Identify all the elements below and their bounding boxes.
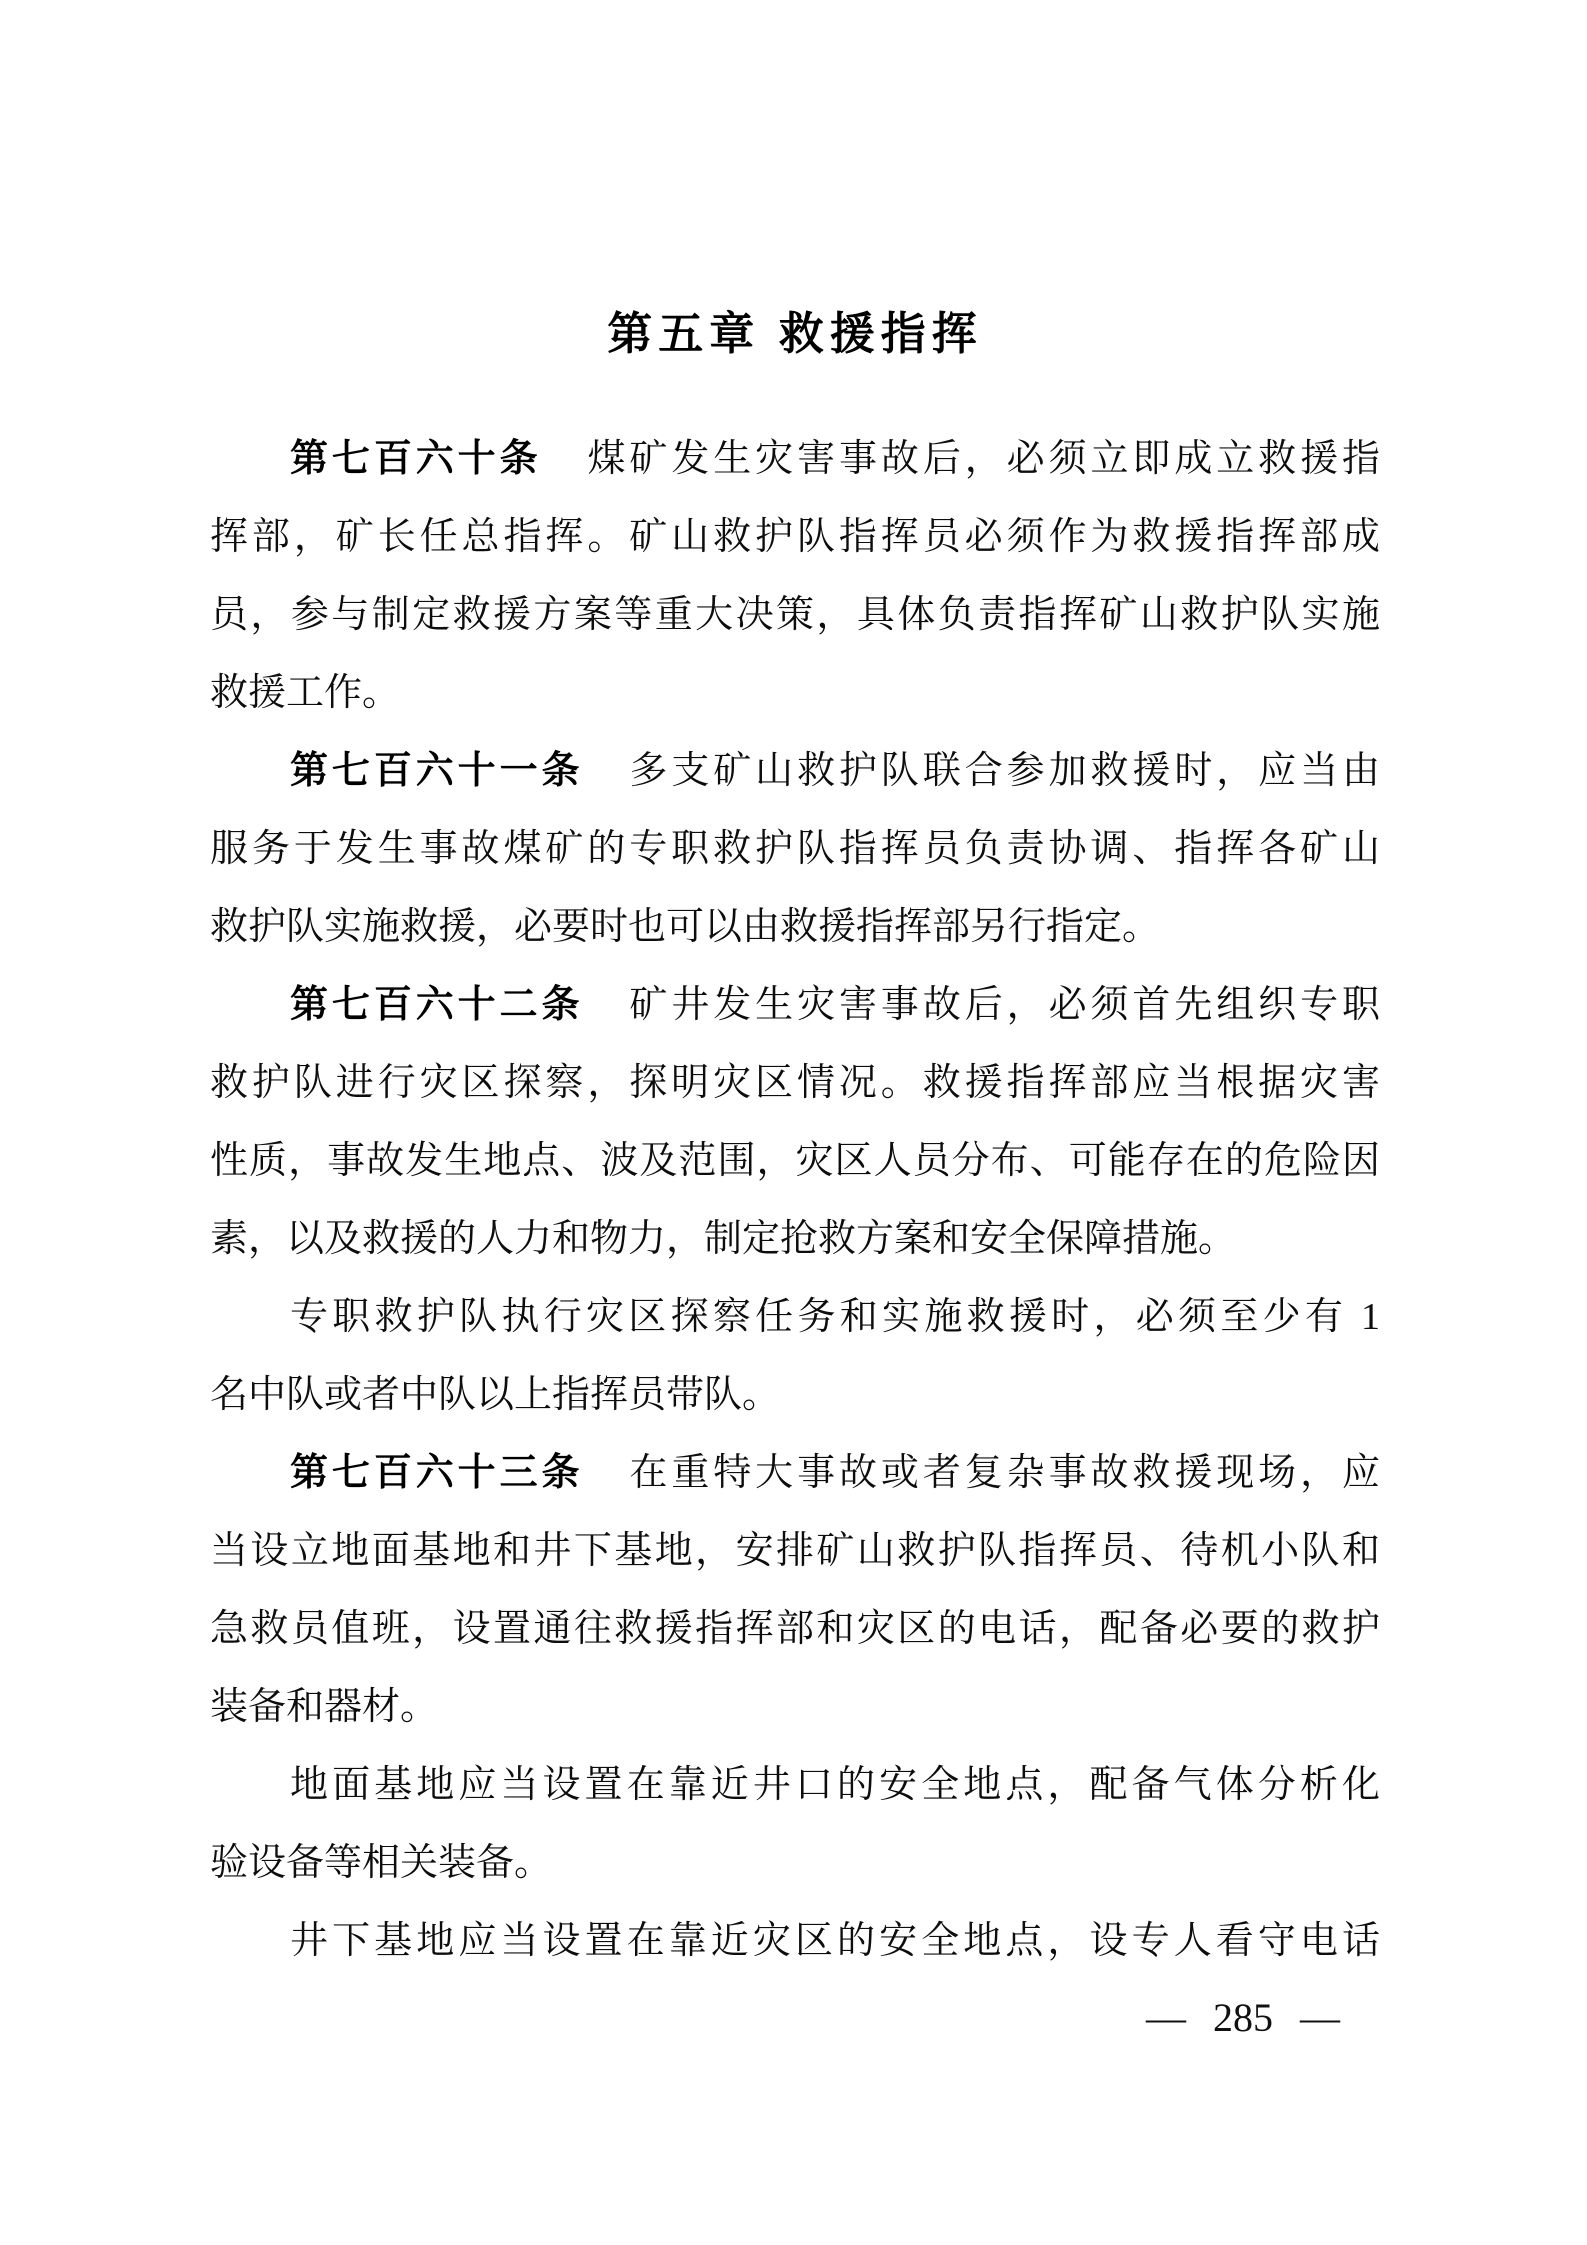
body-line: 第七百六十一条多支矿山救护队联合参加救援时，应当由 [210,732,1380,810]
body-line-text: 救护队实施救援，必要时也可以由救援指挥部另行指定。 [210,906,1160,948]
body-line: 验设备等相关装备。 [210,1824,1380,1902]
body-line: 性质，事故发生地点、波及范围，灾区人员分布、可能存在的危险因 [210,1122,1380,1200]
document-page: 第五章 救援指挥 第七百六十条煤矿发生灾害事故后，必须立即成立救援指挥部，矿长任… [0,0,1587,2245]
body-line: 急救员值班，设置通往救援指挥部和灾区的电话，配备必要的救护 [210,1590,1380,1668]
body-line-text: 地面基地应当设置在靠近井口的安全地点，配备气体分析化 [290,1764,1380,1806]
body-text: 第七百六十条煤矿发生灾害事故后，必须立即成立救援指挥部，矿长任总指挥。矿山救护队… [210,420,1380,1980]
body-line: 挥部，矿长任总指挥。矿山救护队指挥员必须作为救援指挥部成 [210,498,1380,576]
body-line: 井下基地应当设置在靠近灾区的安全地点，设专人看守电话 [210,1902,1380,1980]
body-line-text: 专职救护队执行灾区探察任务和实施救援时，必须至少有 1 [290,1296,1380,1338]
body-line-text: 井下基地应当设置在靠近灾区的安全地点，设专人看守电话 [290,1920,1380,1962]
body-line-text: 急救员值班，设置通往救援指挥部和灾区的电话，配备必要的救护 [210,1608,1380,1650]
body-line-text: 员，参与制定救援方案等重大决策，具体负责指挥矿山救护队实施 [210,594,1380,636]
body-line-text: 多支矿山救护队联合参加救援时，应当由 [629,750,1380,792]
body-line: 装备和器材。 [210,1668,1380,1746]
body-line: 员，参与制定救援方案等重大决策，具体负责指挥矿山救护队实施 [210,576,1380,654]
article-number: 第七百六十一条 [290,750,583,792]
article-number: 第七百六十三条 [290,1452,583,1494]
body-line: 救援工作。 [210,654,1380,732]
page-footer: — 285 — [1146,1996,1340,2040]
body-line-text: 挥部，矿长任总指挥。矿山救护队指挥员必须作为救援指挥部成 [210,516,1380,558]
body-line: 救护队实施救援，必要时也可以由救援指挥部另行指定。 [210,888,1380,966]
article-number: 第七百六十条 [290,438,542,480]
body-line-text: 救援工作。 [210,672,400,714]
body-line-text: 名中队或者中队以上指挥员带队。 [210,1374,780,1416]
body-line: 名中队或者中队以上指挥员带队。 [210,1356,1380,1434]
body-line-text: 服务于发生事故煤矿的专职救护队指挥员负责协调、指挥各矿山 [210,828,1380,870]
page-number: 285 [1213,1996,1273,2040]
footer-dash-left: — [1146,1996,1186,2040]
body-line: 服务于发生事故煤矿的专职救护队指挥员负责协调、指挥各矿山 [210,810,1380,888]
body-line: 第七百六十三条在重特大事故或者复杂事故救援现场，应 [210,1434,1380,1512]
body-line: 当设立地面基地和井下基地，安排矿山救护队指挥员、待机小队和 [210,1512,1380,1590]
body-line-text: 救护队进行灾区探察，探明灾区情况。救援指挥部应当根据灾害 [210,1062,1380,1104]
body-line-text: 验设备等相关装备。 [210,1842,552,1884]
article-number: 第七百六十二条 [290,984,583,1026]
body-line-text: 素，以及救援的人力和物力，制定抢救方案和安全保障措施。 [210,1218,1236,1260]
body-line: 第七百六十条煤矿发生灾害事故后，必须立即成立救援指 [210,420,1380,498]
body-line: 救护队进行灾区探察，探明灾区情况。救援指挥部应当根据灾害 [210,1044,1380,1122]
body-line-text: 当设立地面基地和井下基地，安排矿山救护队指挥员、待机小队和 [210,1530,1380,1572]
body-line-text: 在重特大事故或者复杂事故救援现场，应 [629,1452,1380,1494]
body-line: 专职救护队执行灾区探察任务和实施救援时，必须至少有 1 [210,1278,1380,1356]
body-line-text: 煤矿发生灾害事故后，必须立即成立救援指 [588,438,1380,480]
body-line: 素，以及救援的人力和物力，制定抢救方案和安全保障措施。 [210,1200,1380,1278]
body-line: 第七百六十二条矿井发生灾害事故后，必须首先组织专职 [210,966,1380,1044]
footer-dash-right: — [1300,1996,1340,2040]
body-line-text: 矿井发生灾害事故后，必须首先组织专职 [629,984,1380,1026]
body-line-text: 装备和器材。 [210,1686,438,1728]
body-line-text: 性质，事故发生地点、波及范围，灾区人员分布、可能存在的危险因 [210,1140,1380,1182]
chapter-title: 第五章 救援指挥 [210,308,1380,360]
body-line: 地面基地应当设置在靠近井口的安全地点，配备气体分析化 [210,1746,1380,1824]
